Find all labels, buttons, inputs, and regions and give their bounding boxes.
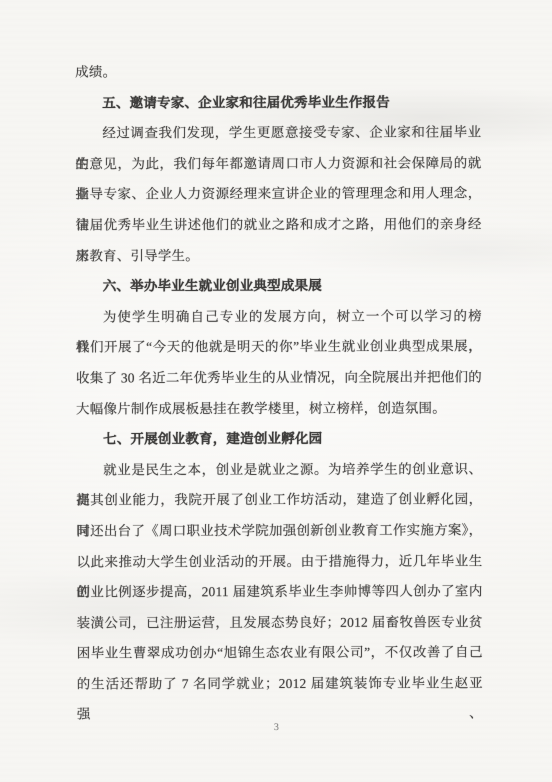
text-line: 时还出台了《周口职业技术学院加强创新创业教育工作实施方案》， [76,515,482,547]
document-text-block: 成绩。 五、邀请专家、企业家和往届优秀毕业生作报告 经过调查我们发现，学生更愿意… [75,56,483,700]
section-heading: 六、举办毕业生就业创业典型成果展 [76,271,482,303]
text-line: 创业比例逐步提高，2011 届建筑系毕业生李帅博等四人创办了室内 [76,577,482,609]
text-line: 以此来推动大学生创业活动的开展。由于措施得力，近几年毕业生的 [76,546,482,578]
text-line: 的生活还帮助了 7 名同学就业；2012 届建筑装饰专业毕业生赵亚强、 [77,668,483,700]
text-line: 就业是民生之本，创业是就业之源。为培养学生的创业意识、提 [76,454,482,486]
scanned-document-page: 成绩。 五、邀请专家、企业家和往届优秀毕业生作报告 经过调查我们发现，学生更愿意… [0,0,552,782]
text-line: 高其创业能力，我院开展了创业工作坊活动，建造了创业孵化园，同 [76,485,482,517]
section-heading: 五、邀请专家、企业家和往届优秀毕业生作报告 [75,87,481,119]
text-line: 收集了 30 名近二年优秀毕业生的从业情况，向全院展出并把他们的 [76,362,482,394]
text-line: 指导专家、企业人力资源经理来宣讲企业的管理理念和用人理念，请 [75,179,481,211]
text-line: 我们开展了“今天的他就是明天的你”毕业生就业创业典型成果展， [76,332,482,364]
text-line: 来教育、引导学生。 [76,240,482,272]
text-line: 装潢公司，已注册运营，且发展态势良好；2012 届畜牧兽医专业贫 [77,607,483,639]
text-line: 经过调查我们发现，学生更愿意接受专家、企业家和往届毕业生 [75,118,481,150]
text-line: 大幅像片制作成展板悬挂在教学楼里，树立榜样，创造氛围。 [76,393,482,425]
text-line: 为使学生明确自己专业的发展方向，树立一个可以学习的榜样， [76,301,482,333]
text-line: 的意见，为此，我们每年都邀请周口市人力资源和社会保障局的就业 [75,148,481,180]
text-line: 成绩。 [75,56,481,88]
page-number: 3 [1,721,552,733]
text-line: 困毕业生曹翠成功创办“旭锦生态农业有限公司”，不仅改善了自己 [77,638,483,670]
text-line: 往届优秀毕业生讲述他们的就业之路和成才之路，用他们的亲身经历 [76,209,482,241]
section-heading: 七、开展创业教育，建造创业孵化园 [76,424,482,456]
